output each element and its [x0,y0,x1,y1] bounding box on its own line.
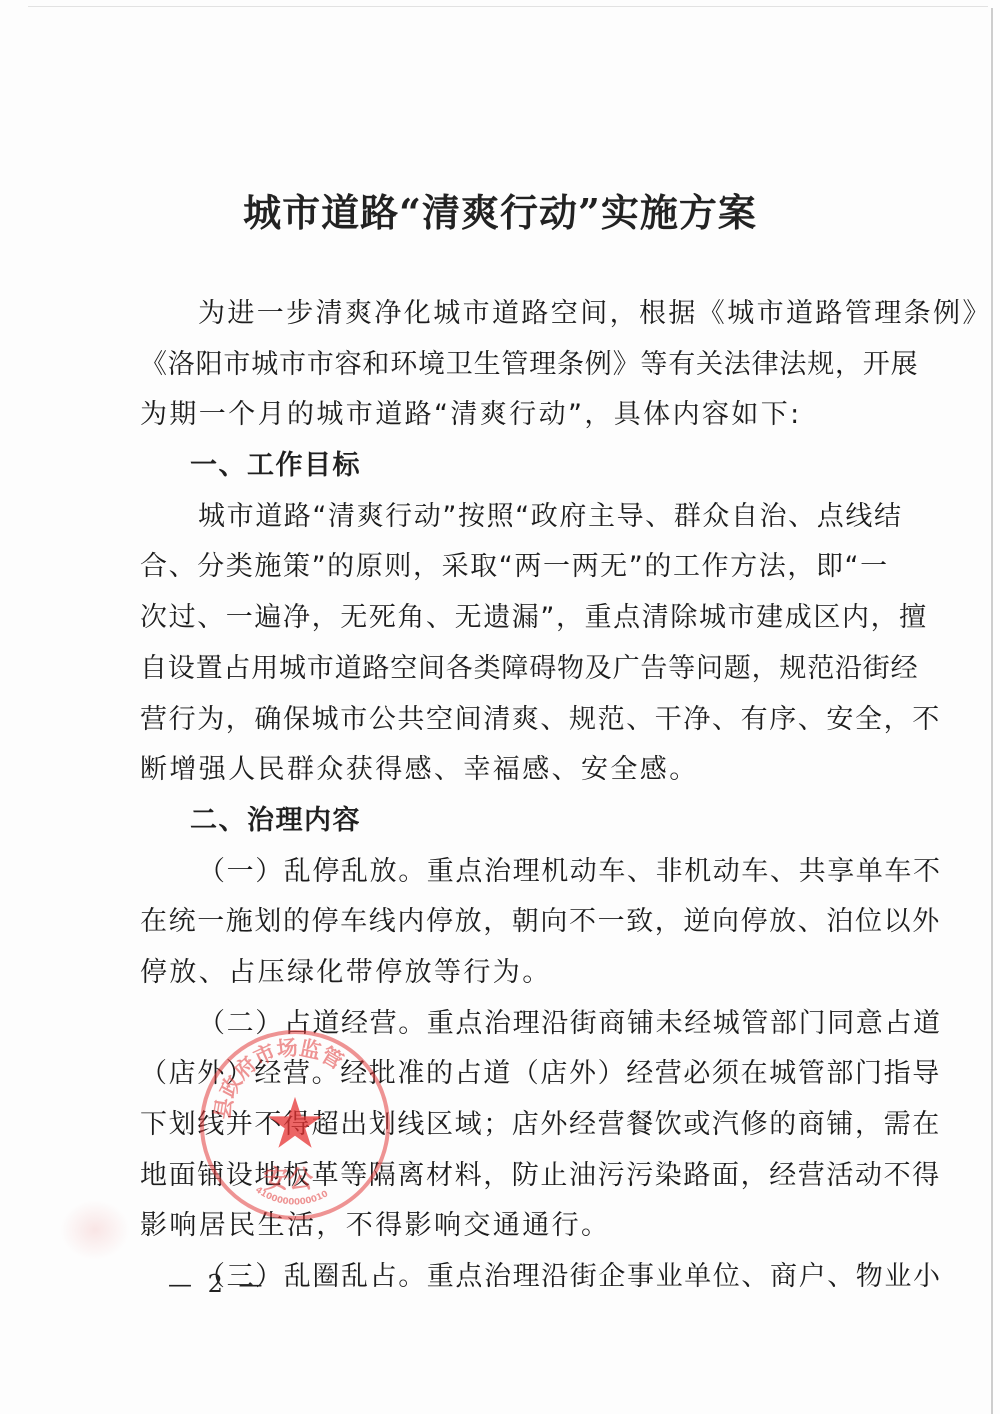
section-heading-goals: 一、工作目标 [140,441,870,492]
paragraph-intro-line-3: 为期一个月的城市道路“清爽行动”，具体内容如下: [140,390,870,441]
paragraph-goals-line-3: 次过、一遍净，无死角、无遗漏”，重点清除城市建成区内，擅 [140,593,870,644]
scan-edge-top [28,6,988,7]
paragraph-intro-line-1: 为进一步清爽净化城市道路空间，根据《城市道路管理条例》 [140,289,870,340]
page-number: — 2 — [168,1270,267,1298]
stamp-bleed-mark [60,1200,130,1260]
item-2-line-2: （店外）经营。经批准的占道（店外）经营必须在城管部门指导 [140,1049,870,1100]
item-1-line-3: 停放、占压绿化带停放等行为。 [140,948,870,999]
paragraph-intro-line-2: 《洛阳市城市市容和环境卫生管理条例》等有关法律法规，开展 [140,340,870,391]
item-2-line-3: 下划线并不得超出划线区域；店外经营餐饮或汽修的商铺，需在 [140,1100,870,1151]
item-1-line-1: （一）乱停乱放。重点治理机动车、非机动车、共享单车不 [140,847,870,898]
paragraph-goals-line-5: 营行为，确保城市公共空间清爽、规范、干净、有序、安全，不 [140,695,870,746]
document-title: 城市道路“清爽行动”实施方案 [0,182,1000,237]
section-heading-content: 二、治理内容 [140,796,870,847]
document-body: 为进一步清爽净化城市道路空间，根据《城市道路管理条例》 《洛阳市城市市容和环境卫… [140,289,870,1303]
document-page: 城市道路“清爽行动”实施方案 为进一步清爽净化城市道路空间，根据《城市道路管理条… [0,0,1000,1414]
paragraph-goals-line-6: 断增强人民群众获得感、幸福感、安全感。 [140,745,870,796]
paragraph-goals-line-2: 合、分类施策”的原则，采取“两一两无”的工作方法，即“一 [140,542,870,593]
item-2-line-4: 地面铺设地板革等隔离材料，防止油污污染路面，经营活动不得 [140,1151,870,1202]
item-2-line-1: （二）占道经营。重点治理沿街商铺未经城管部门同意占道 [140,999,870,1050]
paragraph-goals-line-1: 城市道路“清爽行动”按照“政府主导、群众自治、点线结 [140,492,870,543]
item-2-line-5: 影响居民生活，不得影响交通通行。 [140,1201,870,1252]
paragraph-goals-line-4: 自设置占用城市道路空间各类障碍物及广告等问题，规范沿街经 [140,644,870,695]
item-1-line-2: 在统一施划的停车线内停放，朝向不一致，逆向停放、泊位以外 [140,897,870,948]
